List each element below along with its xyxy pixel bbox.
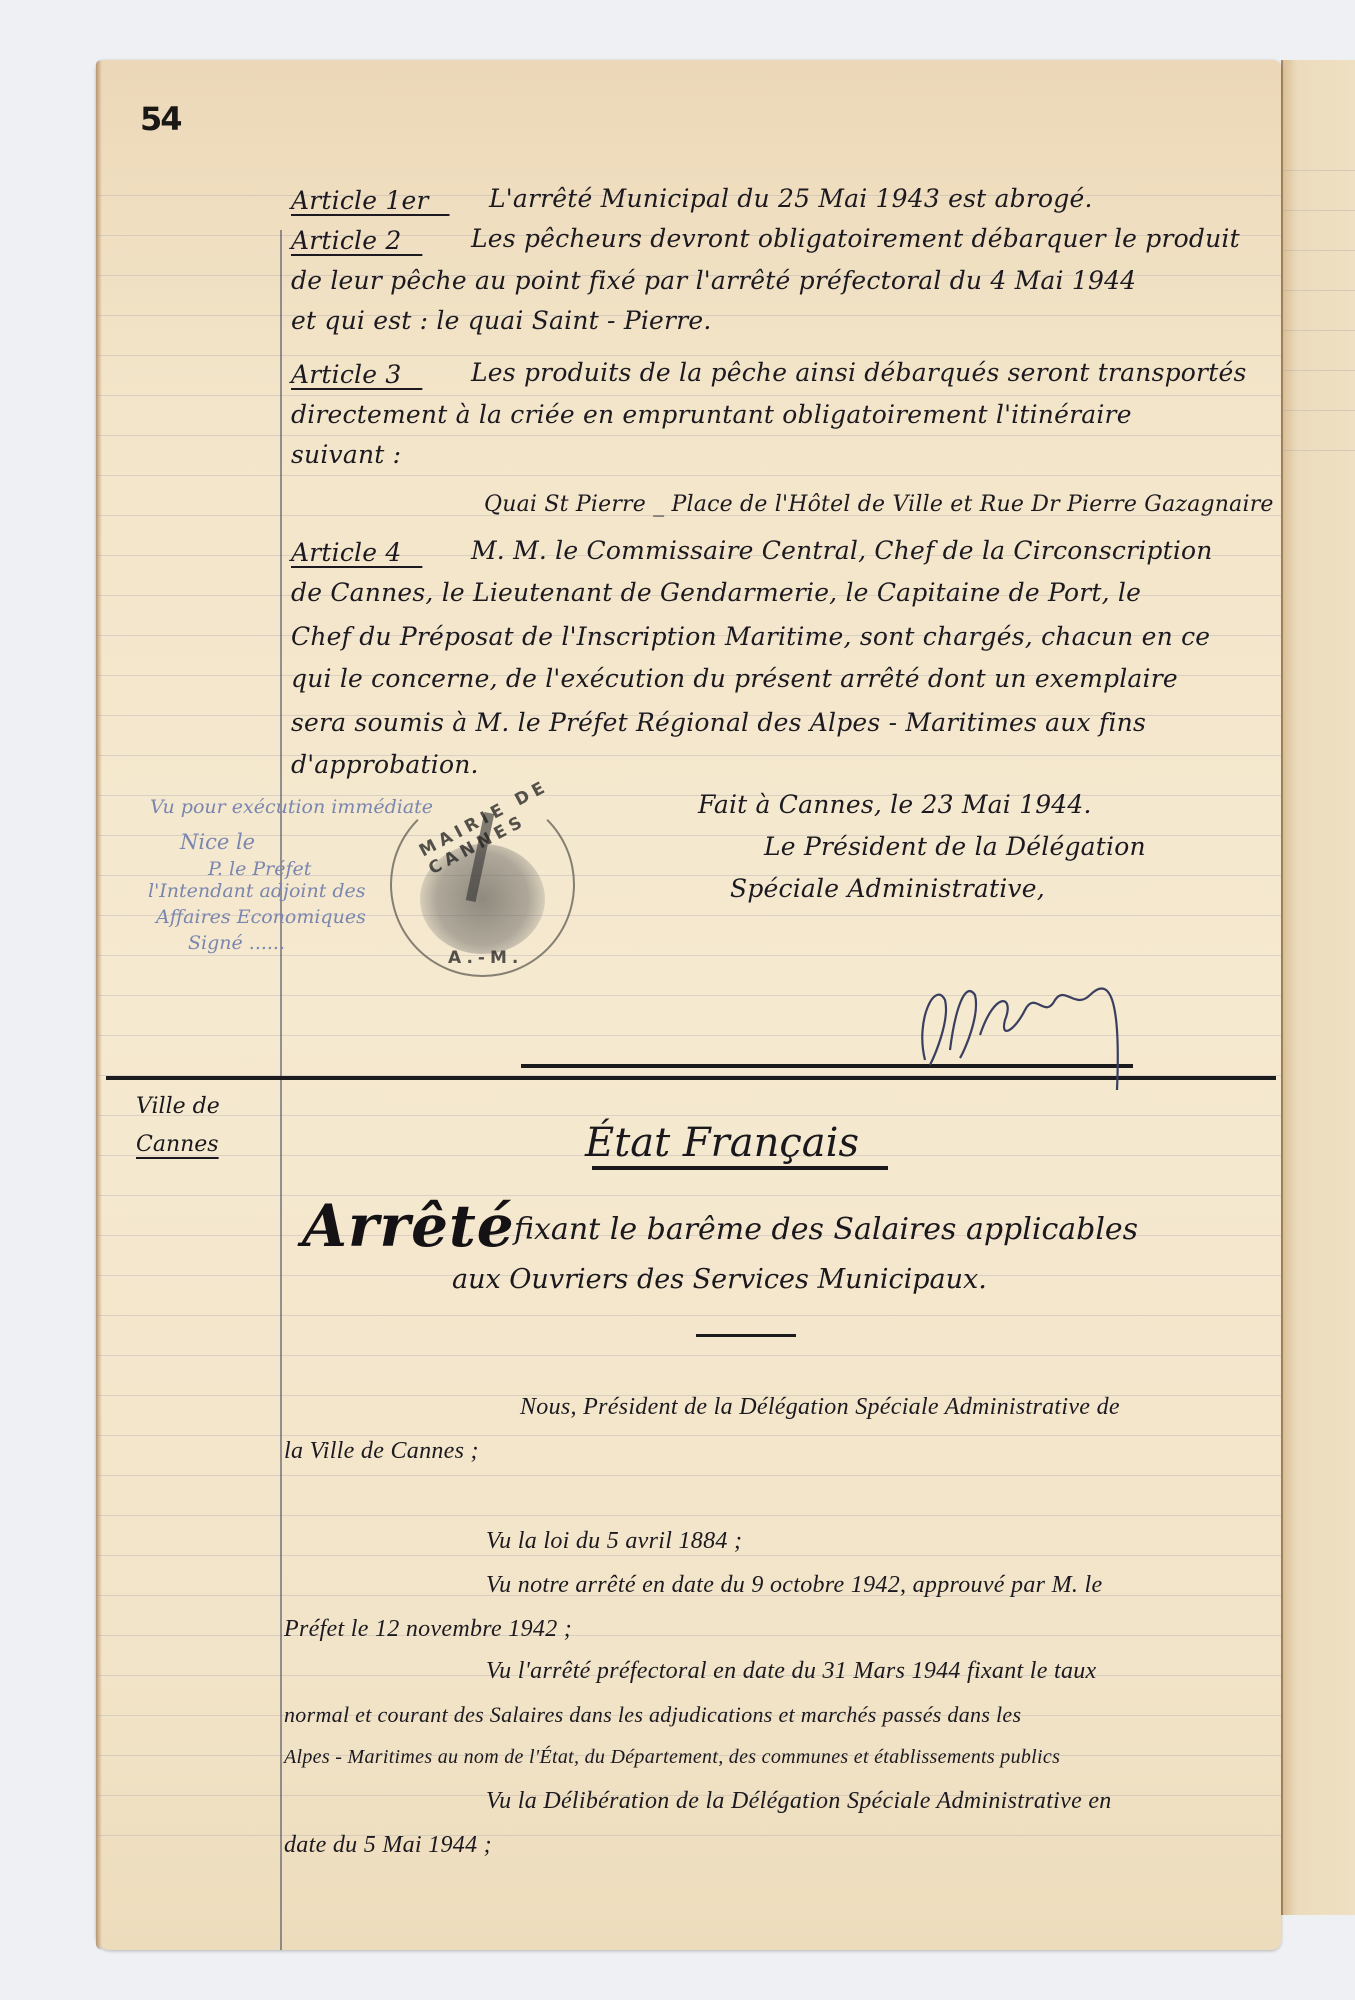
article-4-line-1: M. M. le Commissaire Central, Chef de la… [471, 536, 1213, 565]
pencil-annotation-line-6: Signé ...... [188, 932, 285, 954]
margin-rule [280, 230, 282, 1950]
article-2-label: Article 2 _ [291, 226, 422, 255]
margin-cannes: Cannes [136, 1132, 219, 1157]
arrete-title-line-2: aux Ouvriers des Services Municipaux. [452, 1264, 987, 1295]
president-signature [905, 940, 1165, 1090]
arrete-title-line-1: fixant le barême des Salaires applicable… [514, 1212, 1138, 1247]
mairie-de-cannes-stamp: MAIRIE DE CANNES A.-M. [390, 792, 575, 977]
margin-ville-de: Ville de [136, 1094, 220, 1119]
pencil-annotation-line-4: l'Intendant adjoint des [148, 880, 366, 902]
article-3-line-3: suivant : [291, 440, 401, 469]
visa-2-line-2: Préfet le 12 novembre 1942 ; [284, 1616, 572, 1643]
article-1-label: Article 1er _ [291, 186, 449, 215]
article-3-itinerary: Quai St Pierre _ Place de l'Hôtel de Vil… [484, 492, 1274, 517]
article-3-label: Article 3 _ [291, 360, 422, 389]
pencil-annotation-line-1: Vu pour exécution immédiate [150, 796, 433, 818]
etat-francais-heading: État Français [585, 1120, 859, 1166]
visa-3-line-1: Vu l'arrêté préfectoral en date du 31 Ma… [486, 1658, 1097, 1685]
article-3-line-2: directement à la criée en empruntant obl… [291, 400, 1132, 429]
article-3-line-1: Les produits de la pêche ainsi débarqués… [471, 358, 1246, 387]
preamble-line-2: la Ville de Cannes ; [284, 1438, 479, 1465]
visa-3-line-3: Alpes - Maritimes au nom de l'État, du D… [284, 1746, 1060, 1769]
place-and-date: Fait à Cannes, le 23 Mai 1944. [698, 790, 1092, 819]
pencil-annotation-line-5: Affaires Economiques [156, 906, 366, 928]
pencil-annotation-line-2: Nice le [180, 830, 255, 854]
visa-4-line-2: date du 5 Mai 1944 ; [284, 1832, 492, 1859]
signatory-title-2: Spéciale Administrative, [730, 874, 1045, 903]
preamble-line-1: Nous, Président de la Délégation Spécial… [520, 1394, 1120, 1421]
article-4-line-5: sera soumis à M. le Préfet Régional des … [291, 708, 1146, 737]
article-4-line-3: Chef du Préposat de l'Inscription Mariti… [291, 622, 1210, 651]
article-1-text: L'arrêté Municipal du 25 Mai 1943 est ab… [489, 184, 1093, 213]
article-4-line-4: qui le concerne, de l'exécution du prése… [291, 664, 1178, 693]
visa-2-line-1: Vu notre arrêté en date du 9 octobre 194… [486, 1572, 1102, 1599]
article-2-line-1: Les pêcheurs devront obligatoirement déb… [471, 224, 1240, 253]
stamp-bottom-text: A.-M. [448, 948, 523, 968]
article-2-line-3: et qui est : le quai Saint - Pierre. [291, 306, 711, 335]
article-4-line-2: de Cannes, le Lieutenant de Gendarmerie,… [291, 578, 1141, 607]
article-2-line-2: de leur pêche au point fixé par l'arrêté… [291, 266, 1136, 295]
visa-1-line-1: Vu la loi du 5 avril 1884 ; [486, 1528, 742, 1555]
article-4-line-6: d'approbation. [291, 750, 479, 779]
page-number: 54 [140, 100, 181, 138]
visa-4-line-1: Vu la Délibération de la Délégation Spéc… [486, 1788, 1112, 1815]
visa-3-line-2: normal et courant des Salaires dans les … [284, 1702, 1021, 1728]
signatory-title-1: Le Président de la Délégation [764, 832, 1146, 861]
arrete-title-word: Arrêté [302, 1192, 515, 1260]
pencil-annotation-line-3: P. le Préfet [208, 858, 311, 880]
title-flourish-rule [696, 1334, 796, 1337]
article-4-label: Article 4 _ [291, 538, 422, 567]
heading-underline [592, 1166, 888, 1170]
adjacent-page-edge [1281, 60, 1355, 1915]
